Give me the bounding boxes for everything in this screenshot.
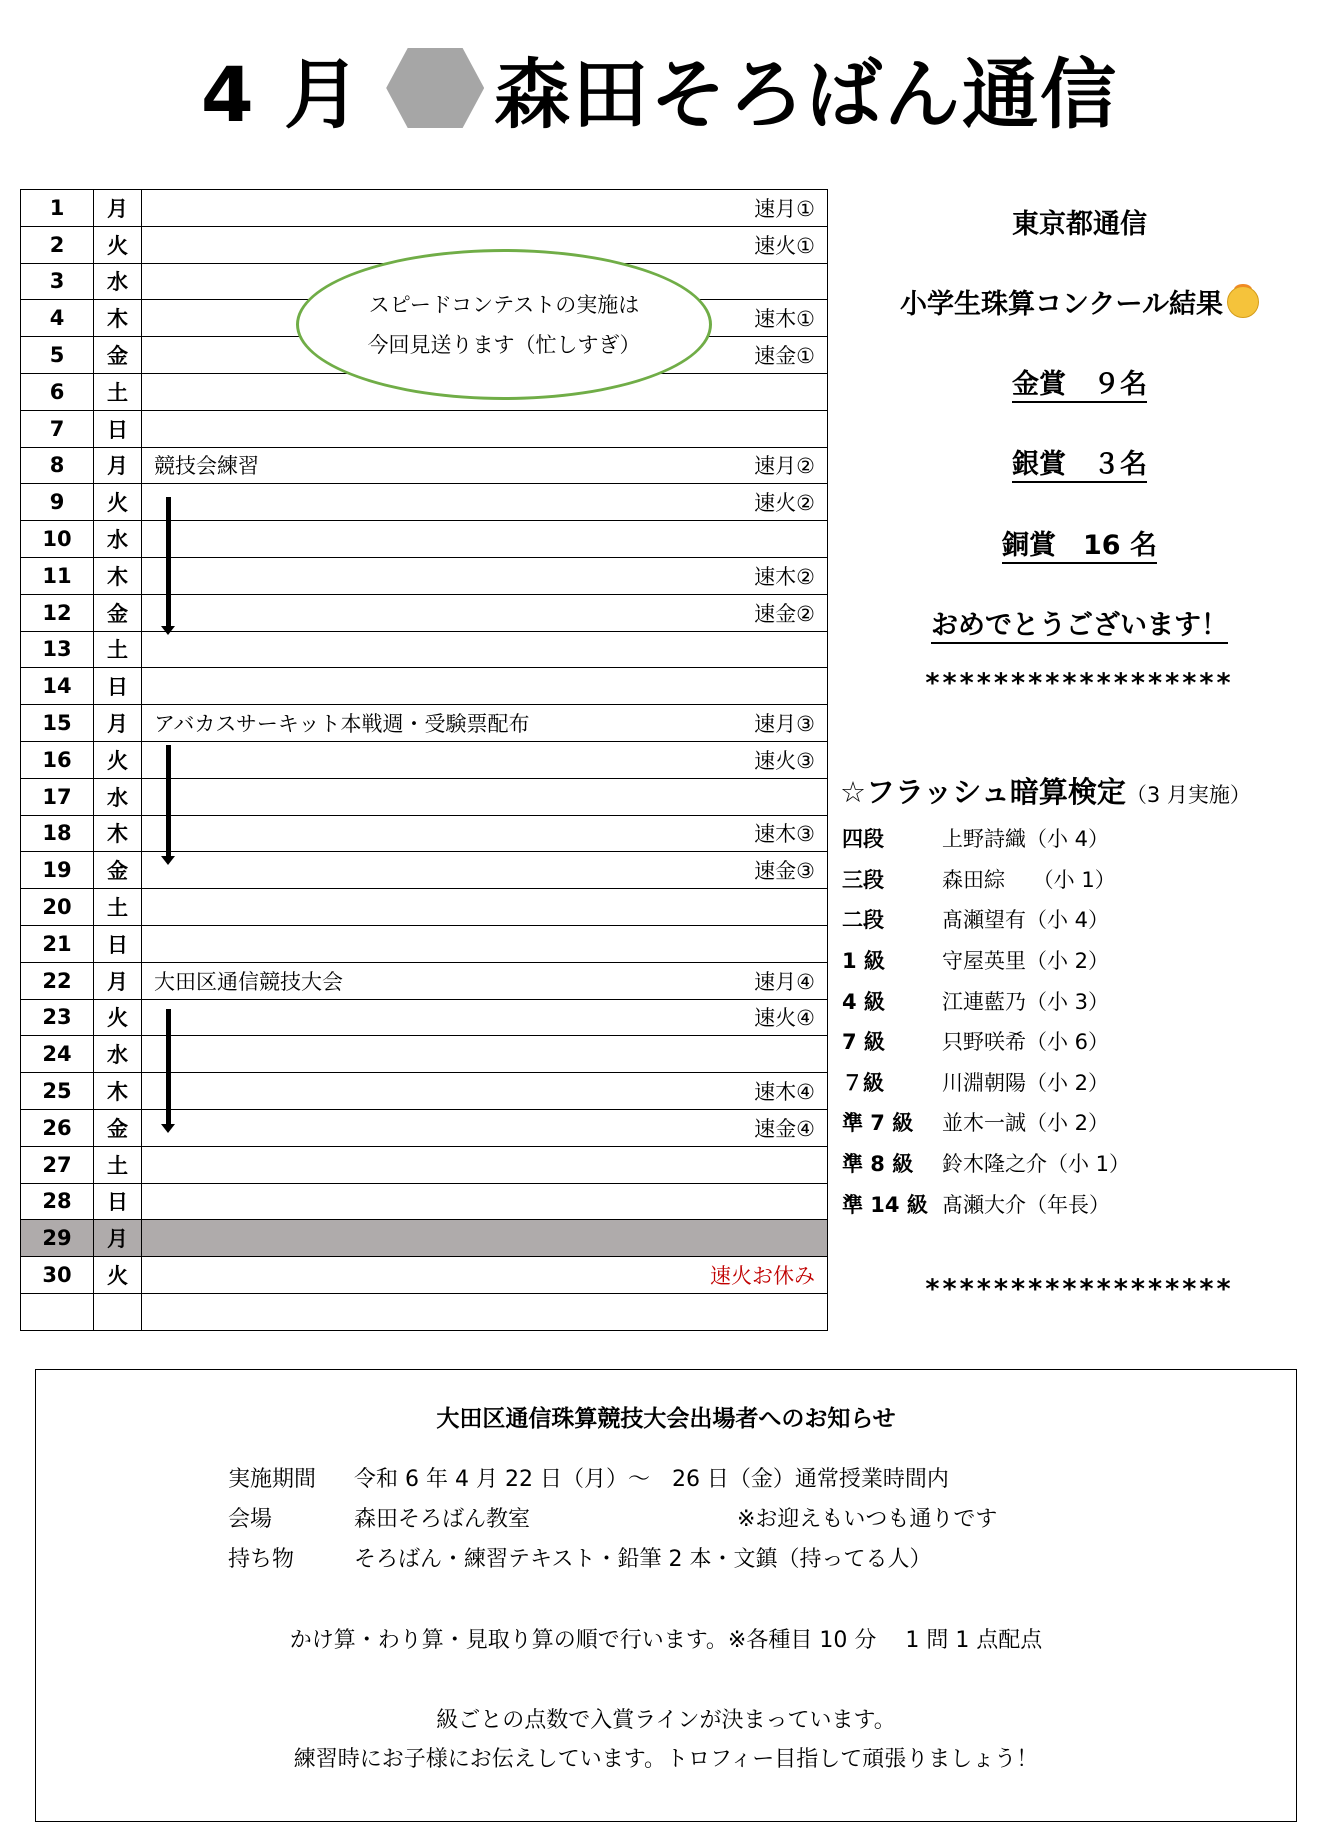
notice-score-line: 級ごとの点数で入賞ラインが決まっています。 [36, 1703, 1296, 1734]
flash-rank: 4 級 [842, 986, 942, 1016]
day-of-week: 月 [94, 705, 142, 742]
event-text: 大田区通信競技大会 [154, 966, 343, 996]
gold-award-text: 金賞 ９名 [1012, 369, 1147, 400]
day-of-week: 日 [94, 1183, 142, 1220]
day-number: 28 [21, 1183, 94, 1220]
day-number: 18 [21, 815, 94, 852]
flash-name: 髙瀬大介（年長） [942, 1189, 1110, 1219]
day-number: 23 [21, 999, 94, 1036]
calendar-row: 30火速火お休み [21, 1257, 828, 1294]
day-of-week: 金 [94, 852, 142, 889]
flash-result-row: 準 7 級並木一誠（小 2） [842, 1102, 1130, 1143]
event-cell: 速金④ [142, 1109, 828, 1146]
divider-stars-bottom: ****************** [840, 1274, 1319, 1305]
day-of-week: 月 [94, 962, 142, 999]
event-cell: 速木③ [142, 815, 828, 852]
day-number: 27 [21, 1146, 94, 1183]
day-of-week: 水 [94, 1036, 142, 1073]
day-of-week: 金 [94, 337, 142, 374]
calendar-row: 26金速金④ [21, 1109, 828, 1146]
day-of-week: 水 [94, 778, 142, 815]
notice-period: 実施期間令和 6 年 4 月 22 日（月）～ 26 日（金）通常授業時間内 [228, 1462, 949, 1493]
speed-practice-label: 速木① [754, 303, 815, 333]
calendar-row: 13土 [21, 631, 828, 668]
flash-rank: 二段 [842, 904, 942, 934]
speed-practice-label: 速月② [754, 450, 815, 480]
day-of-week: 土 [94, 889, 142, 926]
event-cell: 速火お休み [142, 1257, 828, 1294]
day-of-week: 金 [94, 594, 142, 631]
flash-result-row: 準 8 級鈴木隆之介（小 1） [842, 1143, 1130, 1184]
items-value: そろばん・練習テキスト・鉛筆 2 本・文鎮（持ってる人） [354, 1547, 932, 1572]
day-of-week: 火 [94, 999, 142, 1036]
event-cell: 大田区通信競技大会速月④ [142, 962, 828, 999]
items-label: 持ち物 [228, 1542, 354, 1573]
day-number: 6 [21, 373, 94, 410]
event-cell [142, 1146, 828, 1183]
day-of-week: 水 [94, 263, 142, 300]
day-of-week: 木 [94, 1073, 142, 1110]
event-cell [142, 1220, 828, 1257]
day-of-week: 火 [94, 484, 142, 521]
flash-title-text: ☆フラッシュ暗算検定 [840, 775, 1126, 809]
calendar-row: 29月 [21, 1220, 828, 1257]
day-of-week: 日 [94, 668, 142, 705]
calendar-row: 22月大田区通信競技大会速月④ [21, 962, 828, 999]
event-cell [142, 925, 828, 962]
period-value: 令和 6 年 4 月 22 日（月）～ 26 日（金）通常授業時間内 [354, 1467, 949, 1492]
notice-box: 大田区通信珠算競技大会出場者へのお知らせ 実施期間令和 6 年 4 月 22 日… [35, 1369, 1297, 1822]
day-number: 2 [21, 226, 94, 263]
notice-cheer-line: 練習時にお子様にお伝えしています。トロフィー目指して頑張りましょう！ [36, 1742, 1296, 1773]
flash-results-list: 四段上野詩織（小 4）三段森田綜 （小 1）二段髙瀬望有（小 4）1 級守屋英里… [842, 818, 1130, 1224]
event-cell [142, 410, 828, 447]
day-of-week: 月 [94, 447, 142, 484]
event-cell [142, 521, 828, 558]
tokyo-heading: 東京都通信 [840, 202, 1319, 241]
flash-result-row: 準 14 級髙瀬大介（年長） [842, 1183, 1130, 1224]
speed-practice-label: 速火① [754, 230, 815, 260]
event-text: 競技会練習 [154, 450, 259, 480]
flash-result-row: 1 級守屋英里（小 2） [842, 940, 1130, 981]
callout-line-2: 今回見送ります（忙しすぎ） [368, 325, 641, 365]
flash-result-row: 7 級只野咲希（小 6） [842, 1021, 1130, 1062]
title-text: 森田そろばん通信 [494, 34, 1118, 143]
hexagon-icon [386, 48, 484, 128]
day-number: 20 [21, 889, 94, 926]
event-cell [142, 668, 828, 705]
day-number: 13 [21, 631, 94, 668]
bronze-award-text: 銅賞 16 名 [1002, 530, 1157, 561]
flash-rank: 四段 [842, 823, 942, 853]
day-number: 9 [21, 484, 94, 521]
event-cell [142, 631, 828, 668]
speed-practice-label: 速金④ [754, 1113, 815, 1143]
day-number: 29 [21, 1220, 94, 1257]
flash-name: 川淵朝陽（小 2） [942, 1067, 1109, 1097]
day-of-week: 月 [94, 1220, 142, 1257]
day-of-week: 月 [94, 190, 142, 227]
speed-practice-label: 速火② [754, 487, 815, 517]
calendar-row: 9火速火② [21, 484, 828, 521]
notice-order: かけ算・わり算・見取り算の順で行います。※各種目 10 分 1 問 1 点配点 [36, 1623, 1296, 1654]
day-of-week: 日 [94, 410, 142, 447]
flash-name: 上野詩織（小 4） [942, 823, 1109, 853]
calendar-row: 25木速木④ [21, 1073, 828, 1110]
speed-practice-label: 速火③ [754, 745, 815, 775]
arrow-down-icon [166, 497, 171, 627]
event-cell: 速金② [142, 594, 828, 631]
day-number: 11 [21, 557, 94, 594]
title-month: 4 月 [201, 34, 362, 143]
day-number: 21 [21, 925, 94, 962]
flash-name: 髙瀬望有（小 4） [942, 904, 1109, 934]
calendar-row: 18木速木③ [21, 815, 828, 852]
event-cell: 速月① [142, 190, 828, 227]
flash-rank: 1 級 [842, 945, 942, 975]
day-number: 14 [21, 668, 94, 705]
bronze-award: 銅賞 16 名 [840, 523, 1319, 562]
day-number: 16 [21, 741, 94, 778]
flash-result-row: 三段森田綜 （小 1） [842, 859, 1130, 900]
calendar-row: 14日 [21, 668, 828, 705]
speed-practice-label: 速火お休み [710, 1260, 815, 1290]
clapping-hands-icon [1227, 286, 1259, 318]
arrow-down-icon [166, 1009, 171, 1125]
event-cell: アバカスサーキット本戦週・受験票配布速月③ [142, 705, 828, 742]
notice-venue: 会場森田そろばん教室※お迎えもいつも通りです [228, 1502, 997, 1533]
calendar-row: 27土 [21, 1146, 828, 1183]
speed-practice-label: 速木② [754, 561, 815, 591]
day-number [21, 1293, 94, 1330]
arrow-down-icon [166, 745, 171, 857]
flash-result-row: 四段上野詩織（小 4） [842, 818, 1130, 859]
day-number: 5 [21, 337, 94, 374]
flash-heading: ☆フラッシュ暗算検定（3 月実施） [840, 770, 1251, 811]
day-number: 8 [21, 447, 94, 484]
day-number: 15 [21, 705, 94, 742]
event-cell: 競技会練習速月② [142, 447, 828, 484]
event-cell: 速火② [142, 484, 828, 521]
day-number: 24 [21, 1036, 94, 1073]
notice-items: 持ち物そろばん・練習テキスト・鉛筆 2 本・文鎮（持ってる人） [228, 1542, 932, 1573]
flash-name: 守屋英里（小 2） [942, 945, 1109, 975]
day-number: 7 [21, 410, 94, 447]
congrats-text: おめでとうございます！ [931, 610, 1228, 641]
calendar-row: 10水 [21, 521, 828, 558]
calendar-row: 24水 [21, 1036, 828, 1073]
calendar-row: 28日 [21, 1183, 828, 1220]
flash-rank: 7 級 [842, 1026, 942, 1056]
event-cell [142, 889, 828, 926]
speed-practice-label: 速金① [754, 340, 815, 370]
flash-name: 江連藍乃（小 3） [942, 986, 1109, 1016]
venue-value: 森田そろばん教室 [354, 1502, 737, 1533]
speed-practice-label: 速月④ [754, 966, 815, 996]
day-number: 26 [21, 1109, 94, 1146]
congrats-message: おめでとうございます！ [840, 603, 1319, 642]
concours-heading-text: 小学生珠算コンクール結果 [900, 289, 1223, 320]
day-number: 10 [21, 521, 94, 558]
speed-practice-label: 速金② [754, 598, 815, 628]
calendar-row: 12金速金② [21, 594, 828, 631]
day-number: 12 [21, 594, 94, 631]
flash-name: 只野咲希（小 6） [942, 1026, 1109, 1056]
day-number: 17 [21, 778, 94, 815]
event-cell: 速火③ [142, 741, 828, 778]
day-number: 1 [21, 190, 94, 227]
calendar-row: 23火速火④ [21, 999, 828, 1036]
calendar-row: 20土 [21, 889, 828, 926]
speed-practice-label: 速月③ [754, 708, 815, 738]
event-cell: 速金③ [142, 852, 828, 889]
event-text: アバカスサーキット本戦週・受験票配布 [154, 708, 529, 738]
speed-practice-label: 速木③ [754, 818, 815, 848]
day-number: 3 [21, 263, 94, 300]
calendar-row: 7日 [21, 410, 828, 447]
flash-subtitle: （3 月実施） [1126, 783, 1251, 807]
venue-label: 会場 [228, 1502, 354, 1533]
day-number: 25 [21, 1073, 94, 1110]
day-of-week: 木 [94, 815, 142, 852]
flash-result-row: 4 級江連藍乃（小 3） [842, 980, 1130, 1021]
day-number: 19 [21, 852, 94, 889]
divider-stars-top: ****************** [840, 668, 1319, 699]
calendar-row: 21日 [21, 925, 828, 962]
speed-practice-label: 速金③ [754, 855, 815, 885]
event-cell [142, 1036, 828, 1073]
flash-result-row: 二段髙瀬望有（小 4） [842, 899, 1130, 940]
day-number: 4 [21, 300, 94, 337]
calendar-row: 19金速金③ [21, 852, 828, 889]
day-number: 22 [21, 962, 94, 999]
silver-award: 銀賞 ３名 [840, 442, 1319, 481]
day-of-week: 水 [94, 521, 142, 558]
period-label: 実施期間 [228, 1462, 354, 1493]
concours-heading: 小学生珠算コンクール結果 [840, 282, 1319, 321]
page-title: 4 月 森田そろばん通信 [0, 38, 1319, 138]
callout-line-1: スピードコンテストの実施は [369, 285, 639, 325]
flash-rank: 準 7 級 [842, 1107, 942, 1137]
calendar-row: 15月アバカスサーキット本戦週・受験票配布速月③ [21, 705, 828, 742]
day-of-week: 土 [94, 373, 142, 410]
flash-rank: 準 14 級 [842, 1189, 942, 1219]
speed-practice-label: 速木④ [754, 1076, 815, 1106]
speed-contest-callout: スピードコンテストの実施は 今回見送ります（忙しすぎ） [296, 249, 712, 400]
calendar-row: 17水 [21, 778, 828, 815]
day-of-week: 金 [94, 1109, 142, 1146]
notice-title: 大田区通信珠算競技大会出場者へのお知らせ [36, 1400, 1296, 1433]
flash-rank: 三段 [842, 864, 942, 894]
event-cell: 速木② [142, 557, 828, 594]
calendar-row: 8月競技会練習速月② [21, 447, 828, 484]
flash-rank: 準 8 級 [842, 1148, 942, 1178]
speed-practice-label: 速月① [754, 193, 815, 223]
flash-result-row: ７級川淵朝陽（小 2） [842, 1062, 1130, 1103]
day-of-week: 日 [94, 925, 142, 962]
venue-note: ※お迎えもいつも通りです [737, 1507, 997, 1532]
calendar-row: 11木速木② [21, 557, 828, 594]
event-cell [142, 1183, 828, 1220]
calendar-row: 16火速火③ [21, 741, 828, 778]
silver-award-text: 銀賞 ３名 [1012, 449, 1147, 480]
day-of-week: 火 [94, 741, 142, 778]
flash-name: 並木一誠（小 2） [942, 1107, 1109, 1137]
calendar-row [21, 1293, 828, 1330]
flash-name: 森田綜 （小 1） [942, 864, 1116, 894]
day-of-week: 火 [94, 1257, 142, 1294]
event-cell: 速火④ [142, 999, 828, 1036]
day-number: 30 [21, 1257, 94, 1294]
event-cell [142, 778, 828, 815]
day-of-week: 木 [94, 300, 142, 337]
day-of-week: 土 [94, 631, 142, 668]
day-of-week [94, 1293, 142, 1330]
day-of-week: 火 [94, 226, 142, 263]
flash-name: 鈴木隆之介（小 1） [942, 1148, 1130, 1178]
gold-award: 金賞 ９名 [840, 362, 1319, 401]
calendar-row: 1月速月① [21, 190, 828, 227]
event-cell [142, 1293, 828, 1330]
speed-practice-label: 速火④ [754, 1002, 815, 1032]
flash-rank: ７級 [842, 1067, 942, 1097]
day-of-week: 木 [94, 557, 142, 594]
day-of-week: 土 [94, 1146, 142, 1183]
event-cell: 速木④ [142, 1073, 828, 1110]
